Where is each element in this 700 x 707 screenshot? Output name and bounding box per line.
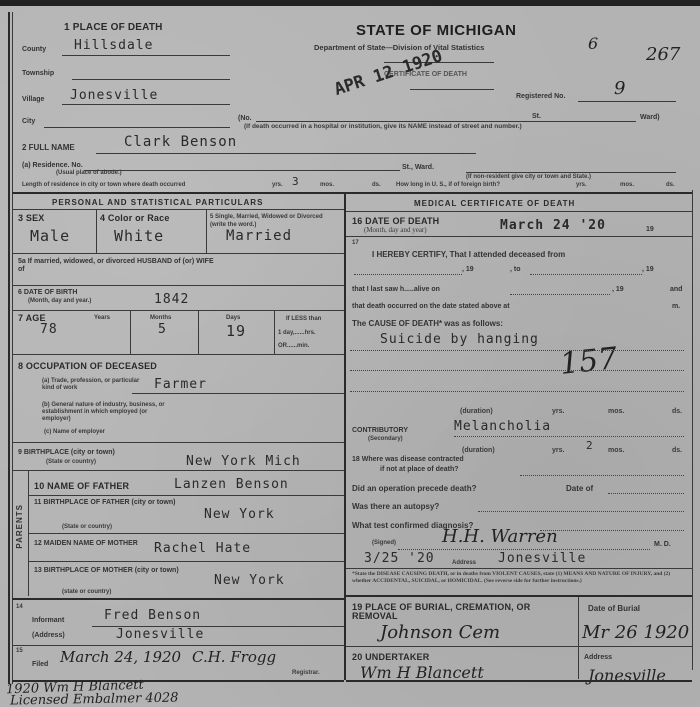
village-label: Village (22, 96, 44, 103)
how-long-label: How long in U. S., if of foreign birth? (396, 182, 500, 188)
mother-birthplace-value: New York (214, 573, 285, 588)
informant-value: Fred Benson (104, 608, 201, 623)
father-birthplace-sub: (State or country) (62, 524, 112, 530)
center-divider (344, 192, 346, 680)
personal-title-rule (12, 209, 344, 210)
row-rule-6 (12, 470, 344, 471)
contributory-line (454, 436, 684, 437)
cause-line-1 (350, 350, 684, 351)
and-label: and (670, 286, 682, 293)
full-name-value: Clark Benson (124, 134, 237, 150)
to-line (530, 274, 642, 275)
department-label: Department of State—Division of Vital St… (314, 43, 484, 52)
mother-name-label: 12 MAIDEN NAME OF MOTHER (34, 540, 144, 548)
physician-signature: H.H. Warren (442, 526, 558, 547)
full-name-line (96, 153, 476, 154)
less-min-label: OR......min. (278, 343, 309, 349)
marital-value: Married (226, 228, 292, 244)
filed-number: 15 (16, 648, 23, 654)
main-top-rule (12, 192, 692, 194)
filed-label: Filed (32, 661, 48, 668)
occurred-label: that death occurred on the date stated a… (352, 303, 510, 310)
md-label: M. D. (654, 541, 671, 548)
physician-address-label: Address (452, 560, 476, 566)
race-value: White (114, 227, 164, 245)
length-residence-label: Length of residence in city or town wher… (22, 182, 185, 188)
burial-date-label: Date of Burial (588, 604, 640, 613)
age-months-value: 5 (158, 322, 167, 337)
village-line (62, 104, 230, 105)
duration-yrs-label-2: yrs. (552, 447, 564, 454)
physician-address-value: Jonesville (498, 551, 586, 566)
father-birthplace-value: New York (204, 507, 275, 522)
state-title: STATE OF MICHIGAN (356, 22, 516, 39)
occupation-label: 8 OCCUPATION OF DECEASED (18, 361, 157, 371)
from-line (354, 274, 462, 275)
birthplace-sub: (State or country) (46, 459, 96, 465)
sex-value: Male (30, 227, 70, 245)
right-border (692, 190, 693, 670)
age-months-label: Months (150, 315, 171, 321)
sex-race-divider (96, 209, 97, 253)
township-label: Township (22, 70, 54, 77)
mother-birthplace-label: 13 BIRTHPLACE OF MOTHER (city or town) (34, 567, 194, 575)
duration-ds-label-1: ds. (672, 408, 682, 415)
row-rule-2 (12, 285, 344, 286)
spouse-label: 5a If married, widowed, or divorced HUSB… (18, 258, 218, 274)
age-days-value: 19 (226, 322, 246, 340)
registered-no-value: 9 (614, 78, 625, 99)
undertaker-label: 20 UNDERTAKER (352, 652, 429, 662)
cause-code: 157 (558, 341, 619, 382)
county-label: County (22, 46, 46, 53)
mother-name-value: Rachel Hate (154, 541, 251, 556)
duration-mos-label-1: mos. (608, 408, 624, 415)
father-birthplace-label: 11 BIRTHPLACE OF FATHER (city or town) (34, 499, 194, 507)
row-rule-3 (12, 310, 344, 311)
row-rule-4 (12, 354, 344, 355)
cause-value: Suicide by hanging (380, 332, 539, 347)
residence-line (84, 170, 400, 171)
age-div-1 (130, 310, 131, 354)
residence-label: (a) Residence. No. (22, 162, 83, 169)
cause-line-3 (350, 391, 684, 392)
dob-value: 1842 (154, 292, 189, 307)
marital-label: 5 Single, Married, Widowed or Divorced (… (210, 213, 340, 229)
contributory-label: CONTRIBUTORY (352, 427, 408, 434)
age-div-3 (274, 310, 275, 354)
contracted-sub: if not at place of death? (380, 466, 459, 473)
duration-yrs-label-1: yrs. (552, 408, 564, 415)
registered-line (578, 101, 676, 102)
race-label: 4 Color or Race (100, 213, 170, 223)
medical-section-title: MEDICAL CERTIFICATE OF DEATH (414, 199, 575, 208)
last-saw-label: that I last saw h.....alive on (352, 286, 440, 293)
full-name-label: 2 FULL NAME (22, 143, 75, 152)
city-label: City (22, 118, 35, 125)
less-hrs-label: 1 day,......hrs. (278, 330, 316, 336)
test-line (540, 530, 684, 531)
left-border-inner (12, 12, 13, 684)
row-rule-11 (12, 645, 344, 646)
registrar-label: Registrar. (292, 670, 320, 676)
village-value: Jonesville (70, 88, 158, 103)
dob-label: 6 DATE OF BIRTH (18, 289, 77, 296)
age-div-2 (198, 310, 199, 354)
birthplace-value: New York Mich (186, 454, 301, 469)
date-of-death-year-prefix: 19 (646, 226, 654, 233)
length-mos-label: mos. (320, 182, 334, 188)
us-yrs-label: yrs. (576, 182, 587, 188)
informant-address-value: Jonesville (116, 627, 204, 642)
cert-rule-bottom (410, 89, 494, 90)
age-years-value: 78 (40, 322, 58, 337)
city-line (44, 127, 230, 128)
contracted-line (520, 475, 684, 476)
trade-label: (a) Trade, profession, or particular kin… (42, 378, 142, 392)
address-line (256, 121, 636, 122)
trade-value: Farmer (154, 377, 207, 392)
age-days-label: Days (226, 315, 240, 321)
county-line (62, 55, 230, 56)
us-mos-label: mos. (620, 182, 634, 188)
length-yrs-label: yrs. (272, 182, 283, 188)
burial-place-value: Johnson Cem (380, 622, 500, 643)
race-marital-divider (206, 209, 207, 253)
duration-ds-label-2: ds. (672, 447, 682, 454)
parents-label: PARENTS (15, 504, 24, 549)
cause-line-2 (350, 370, 684, 371)
burial-place-label: 19 PLACE OF BURIAL, CREMATION, OR REMOVA… (352, 603, 576, 621)
township-line (72, 79, 230, 80)
to-19-label: , 19 (642, 266, 654, 273)
father-name-label: 10 NAME OF FATHER (34, 481, 129, 491)
filed-date-value: March 24, 1920 (60, 648, 181, 666)
medical-title-rule (346, 211, 692, 212)
st-ward-line (466, 172, 676, 173)
undertaker-address-label: Address (584, 654, 612, 661)
less-than-label: If LESS than (286, 316, 321, 322)
mother-birthplace-sub: (state or country) (62, 589, 111, 595)
operation-date-line (608, 493, 684, 494)
trade-line (132, 393, 344, 394)
registered-no-label: Registered No. (516, 93, 565, 100)
birthplace-label: 9 BIRTHPLACE (city or town) (18, 449, 115, 456)
informant-number: 14 (16, 604, 23, 610)
operation-date-label: Date of (566, 484, 593, 493)
st-ward-label: St., Ward. (402, 164, 434, 171)
cause-label: The CAUSE OF DEATH* was as follows: (352, 319, 503, 328)
length-ds-label: ds. (372, 182, 381, 188)
no-label: (No. (238, 115, 252, 122)
row-rule-9 (28, 561, 344, 562)
from-19-label: , 19 (462, 266, 474, 273)
duration-label-1: (duration) (460, 408, 493, 415)
death-certificate: 1 PLACE OF DEATH County Hillsdale Townsh… (0, 0, 700, 707)
dob-sub: (Month, day and year.) (28, 298, 91, 304)
burial-top-rule (346, 595, 692, 597)
row-rule-10 (12, 598, 344, 600)
certify-text: I HEREBY CERTIFY, That I attended deceas… (372, 250, 565, 259)
last-saw-19: , 19 (612, 286, 624, 293)
row-rule-8 (28, 533, 344, 534)
duration-label-2: (duration) (462, 447, 495, 454)
scan-border (0, 0, 700, 6)
certify-number: 17 (352, 240, 359, 246)
contributory-value: Melancholia (454, 419, 551, 434)
row-rule-1 (12, 253, 344, 254)
employer-label: (c) Name of employer (44, 429, 105, 435)
date-rule (346, 236, 692, 237)
operation-label: Did an operation precede death? (352, 484, 476, 493)
duration-mos-label-2: mos. (608, 447, 624, 454)
informant-address-label: (Address) (32, 632, 65, 639)
age-years-label: Years (94, 315, 110, 321)
registrar-signature: C.H. Frogg (192, 648, 276, 666)
cause-footnote: *State the DISEASE CAUSING DEATH, or in … (352, 571, 688, 585)
signed-date-value: 3/25 '20 (364, 551, 435, 566)
st-label: St. (532, 113, 541, 120)
contracted-label: 18 Where was disease contracted (352, 456, 464, 463)
bottom-note-line-2: Licensed Embalmer 4028 (10, 691, 179, 707)
contributory-sub: (Secondary) (368, 436, 403, 442)
date-of-death-label: 16 DATE OF DEATH (352, 216, 439, 226)
signed-label: (Signed) (372, 540, 396, 546)
father-name-value: Lanzen Benson (174, 477, 289, 492)
occurred-m-label: m. (672, 303, 680, 310)
undertaker-address-value: Jonesville (588, 666, 666, 685)
to-label: , to (510, 266, 521, 273)
right-bottom-rule (346, 680, 692, 682)
informant-label: Informant (32, 617, 64, 624)
industry-label: (b) General nature of industry, business… (42, 402, 170, 423)
file-number: 267 (646, 44, 680, 65)
contributory-mos-value: 2 (586, 439, 594, 452)
nonresident-note: (If non-resident give city or town and S… (466, 174, 591, 180)
row-rule-7 (28, 495, 344, 496)
place-of-death-label: 1 PLACE OF DEATH (64, 22, 163, 33)
signature-rule (346, 568, 692, 569)
date-of-death-sub: (Month, day and year) (364, 226, 427, 234)
ward-label: Ward) (640, 114, 660, 121)
signature-line (398, 549, 650, 550)
hospital-note: (If death occurred in a hospital or inst… (244, 123, 522, 130)
sex-label: 3 SEX (18, 213, 45, 223)
county-value: Hillsdale (74, 38, 153, 53)
length-yrs-value: 3 (292, 175, 300, 188)
autopsy-label: Was there an autopsy? (352, 502, 439, 511)
file-number-top: 6 (588, 34, 598, 53)
personal-section-title: PERSONAL AND STATISTICAL PARTICULARS (52, 198, 263, 207)
burial-mid-rule (346, 646, 692, 647)
left-border (8, 12, 10, 684)
row-rule-5 (12, 442, 344, 443)
last-saw-line (510, 294, 610, 295)
us-ds-label: ds. (666, 182, 675, 188)
date-of-death-value: March 24 '20 (500, 218, 606, 233)
burial-divider (578, 597, 579, 679)
burial-date-value: Mr 26 1920 (582, 622, 689, 643)
autopsy-line (478, 511, 684, 512)
